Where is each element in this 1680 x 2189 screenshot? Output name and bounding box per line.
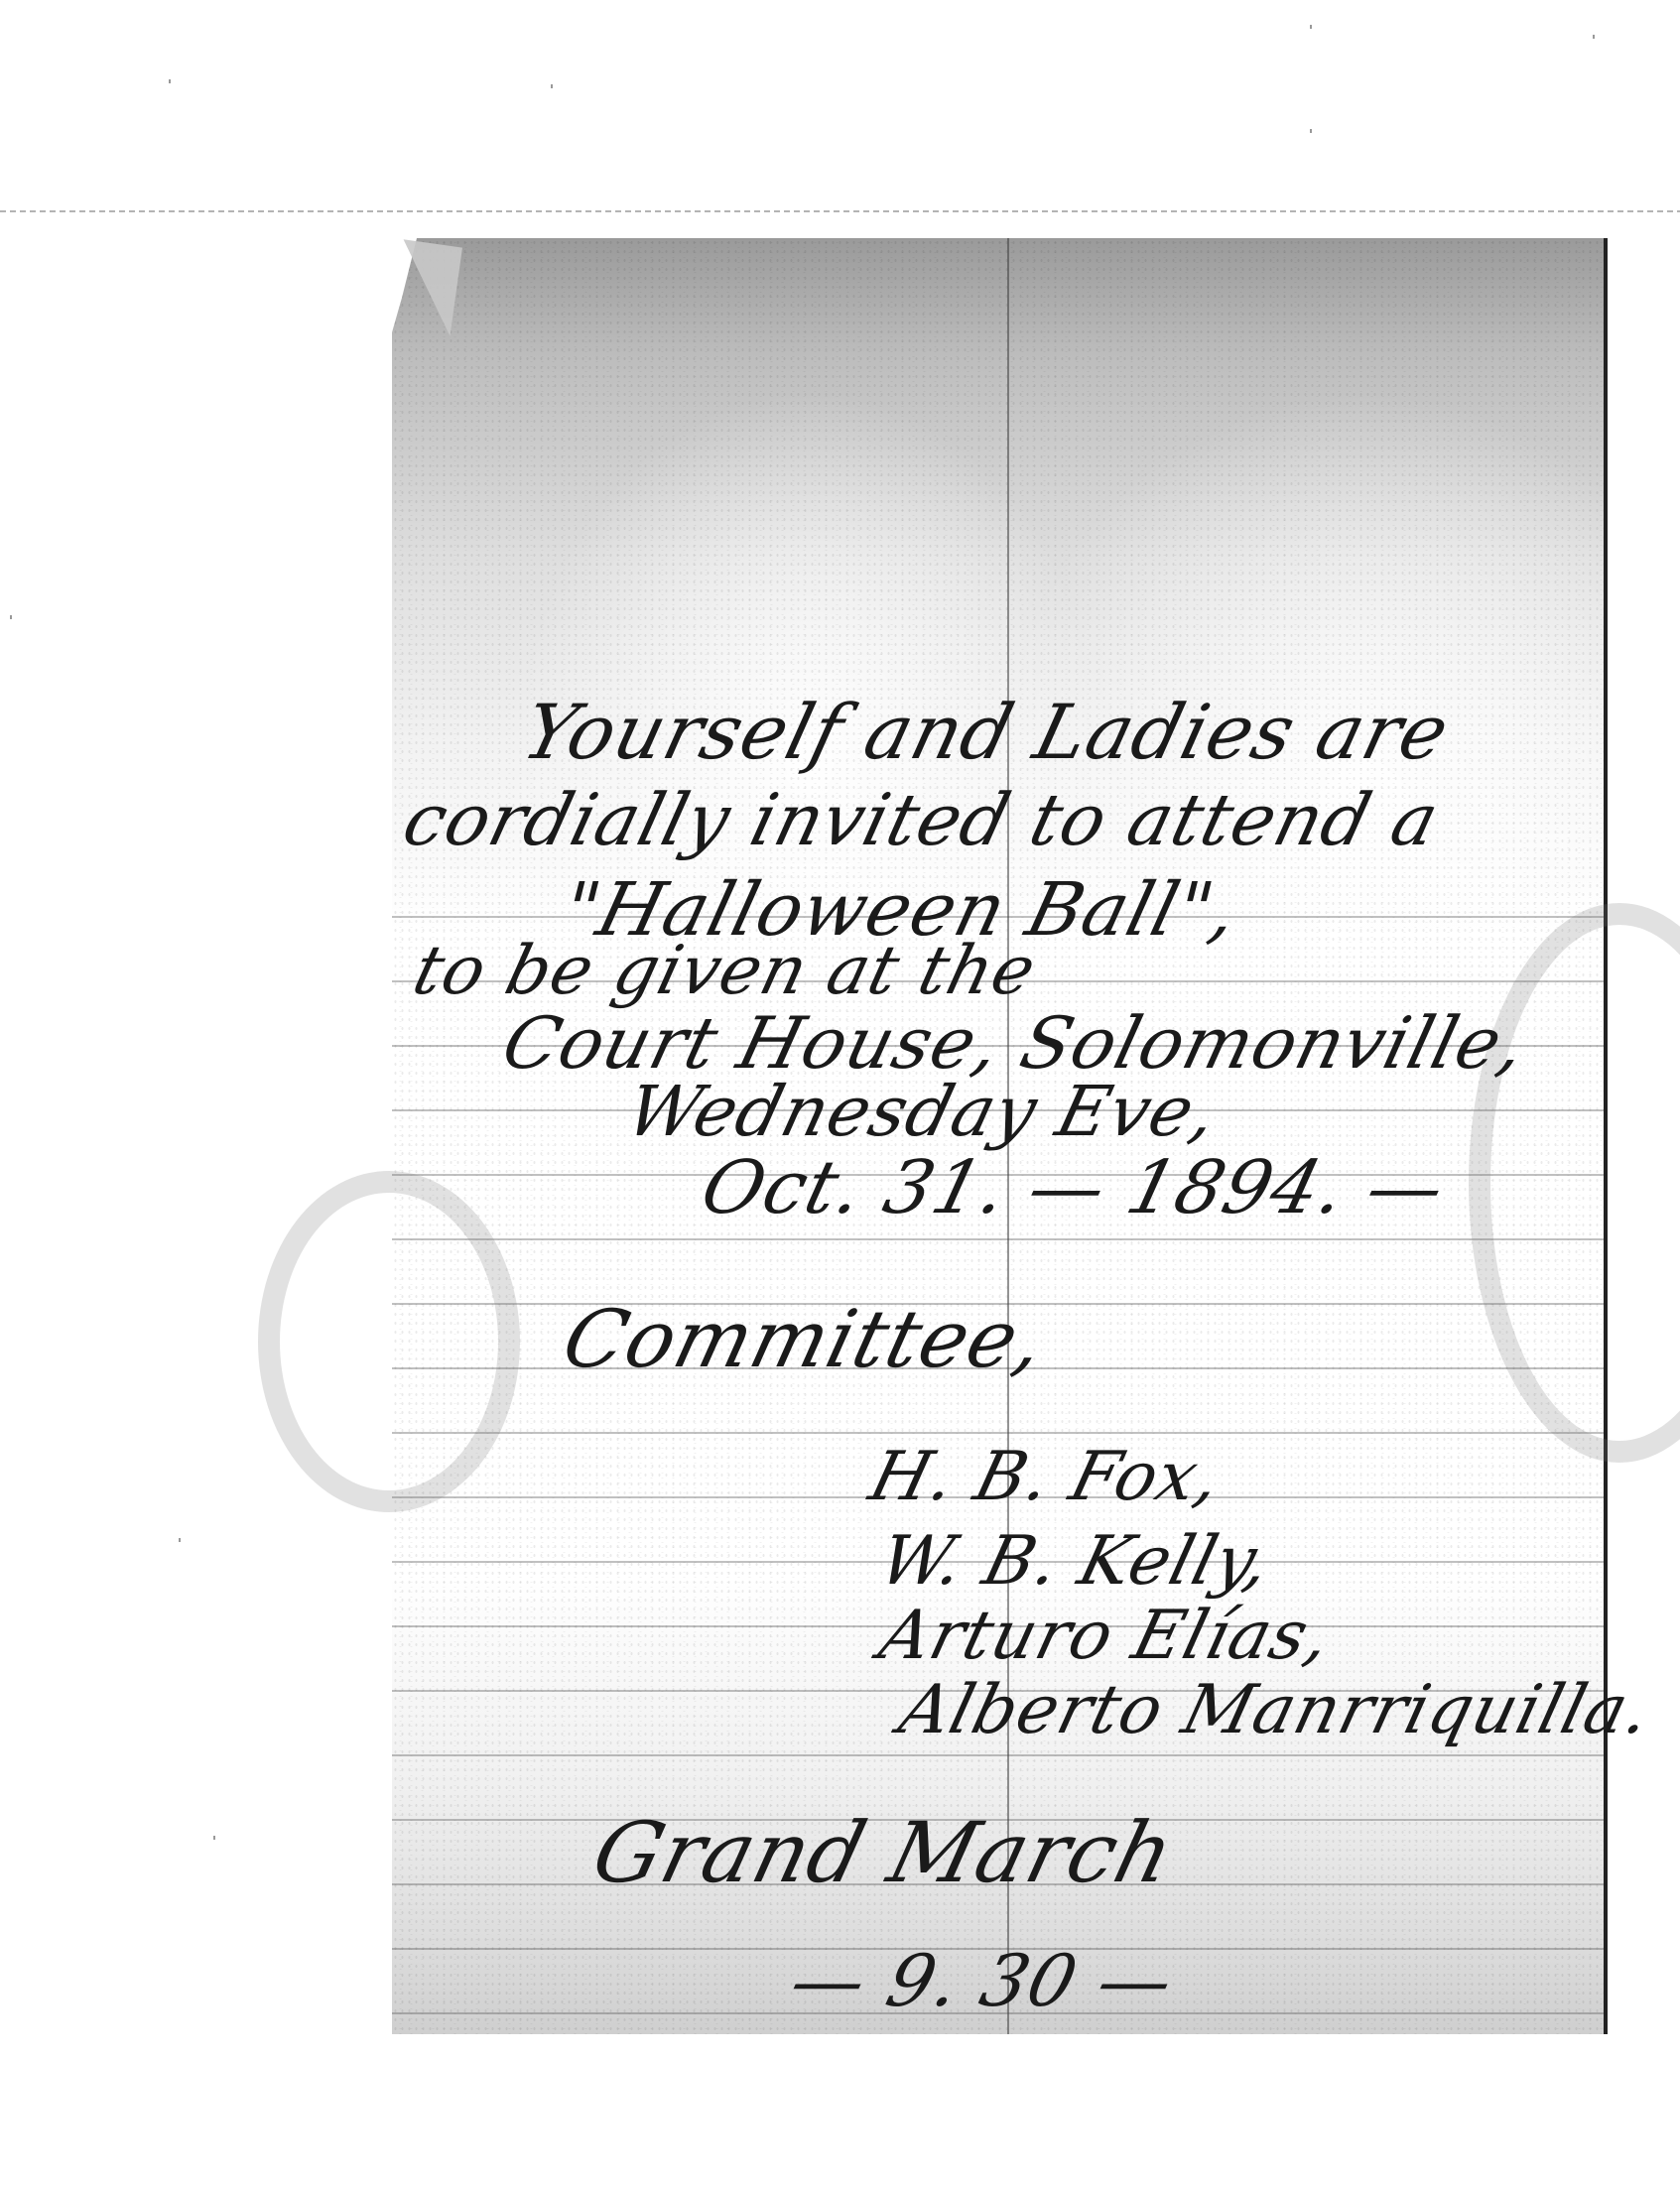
- scan-speck: [179, 1538, 181, 1542]
- scan-speck: [551, 84, 553, 88]
- folded-corner: [391, 239, 462, 335]
- event-day: Wednesday Eve,: [620, 1077, 1225, 1146]
- scan-speck: [1310, 25, 1312, 29]
- event-venue: Court House, Solomonville,: [496, 1007, 1533, 1079]
- invitation-line: cordially invited to attend a: [397, 784, 1446, 855]
- scan-speck: [10, 615, 12, 619]
- scanner-edge-line: [0, 210, 1680, 212]
- grand-march-label: Grand March: [585, 1811, 1182, 1894]
- committee-member: Alberto Manrriquilla.: [893, 1677, 1657, 1744]
- scan-speck: [1310, 129, 1312, 133]
- scan-speck: [1593, 35, 1595, 39]
- scan-speck: [213, 1836, 215, 1840]
- event-date: Oct. 31. — 1894. —: [695, 1151, 1452, 1224]
- invitation-line: to be given at the: [407, 938, 1042, 1005]
- invitation-line: Yourself and Ladies are: [516, 695, 1457, 770]
- committee-member: W. B. Kelly,: [873, 1528, 1277, 1596]
- committee-member: H. B. Fox,: [863, 1444, 1228, 1511]
- committee-member: Arturo Elías,: [873, 1603, 1338, 1670]
- committee-heading: Committee,: [556, 1300, 1053, 1379]
- scan-speck: [169, 79, 171, 83]
- grand-march-time: — 9. 30 —: [784, 1945, 1181, 2016]
